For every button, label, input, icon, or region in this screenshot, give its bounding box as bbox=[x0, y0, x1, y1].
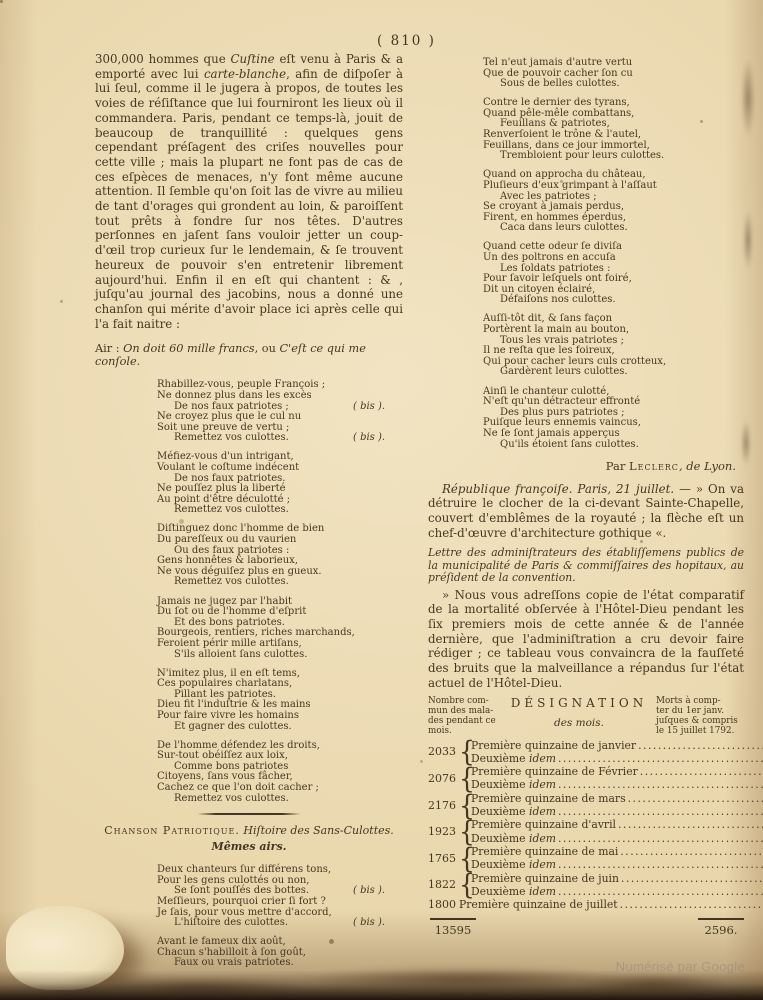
bis-mark: ( bis ). bbox=[353, 433, 385, 444]
idem-label: idem bbox=[526, 858, 556, 871]
dot-leader: ........................................… bbox=[558, 805, 763, 818]
stanza: Avant le fameux dix août,Chacun s'habill… bbox=[157, 937, 403, 969]
group-count: 2176 bbox=[428, 799, 459, 812]
paper-specks bbox=[0, 0, 3, 3]
edge-stain bbox=[743, 210, 753, 270]
stanza: Deux chanteurs ſur différens tons,Pour l… bbox=[157, 865, 403, 929]
verse-line: Caca dans leurs culottes. bbox=[483, 223, 744, 234]
bis-mark: ( bis ). bbox=[353, 402, 385, 413]
group-rows: Première quinzaine de mars..............… bbox=[471, 792, 763, 819]
table-row: Première quinzaine de mai...............… bbox=[471, 845, 763, 858]
header-line: Nombre com- bbox=[428, 696, 502, 706]
verse-line: Remettez vos culottes. bbox=[157, 505, 403, 516]
idem-label: idem bbox=[526, 885, 556, 898]
table-row: Deuxième idem...........................… bbox=[471, 858, 763, 871]
verse-line: Gardèrent leurs culottes. bbox=[483, 367, 744, 378]
stanza: De l'homme défendez les droits,Sur-tout … bbox=[157, 741, 403, 805]
letter-heading: Lettre des adminiſtrateurs des établiſſe… bbox=[428, 547, 744, 584]
table-group: 1923{Première quinzaine d'avril.........… bbox=[428, 818, 744, 845]
bis-mark: ( bis ). bbox=[353, 918, 385, 929]
row-label: Première quinzaine de juin bbox=[471, 872, 619, 885]
section-air-note: Mêmes airs. bbox=[95, 840, 403, 853]
total-deaths: 2596. bbox=[698, 918, 744, 937]
section-heading: Chanson Patriotique. Hiſtoire des Sans-C… bbox=[95, 824, 403, 837]
dot-leader: ........................................… bbox=[620, 845, 763, 858]
letter-body: » Nous vous adreſſons copie de l'état co… bbox=[428, 588, 744, 691]
table-header: Nombre com-mun des mala-des pendant cemo… bbox=[428, 696, 744, 736]
song-verses-culottes: Rhabillez-vous, peuple François ;Ne donn… bbox=[157, 380, 403, 804]
table-row: Première quinzaine de juin..............… bbox=[471, 872, 763, 885]
header-line: mun des mala- bbox=[428, 706, 502, 716]
dot-leader: ........................................… bbox=[638, 739, 763, 752]
table-group: 2076{Première quinzaine de Février......… bbox=[428, 765, 744, 792]
row-label: Deuxième idem bbox=[471, 752, 556, 765]
table-group: 1765{Première quinzaine de mai..........… bbox=[428, 845, 744, 872]
dot-leader: ........................................… bbox=[558, 832, 763, 845]
text-segment: République françoiſe. Paris, 21 juillet. bbox=[442, 482, 674, 496]
header-line: ter du 1er janv. bbox=[656, 706, 744, 716]
section-divider bbox=[197, 813, 301, 816]
verse-line: Trembloient pour leurs culottes. bbox=[483, 151, 744, 162]
text-segment: , ou bbox=[255, 342, 280, 355]
dot-leader: ........................................… bbox=[628, 792, 763, 805]
group-count: 1800 bbox=[428, 898, 459, 911]
row-label: Deuxième idem bbox=[471, 832, 556, 845]
group-rows: Première quinzaine de Février...........… bbox=[471, 765, 763, 792]
row-label: Première quinzaine de janvier bbox=[471, 739, 636, 752]
group-rows: Première quinzaine de mai...............… bbox=[471, 845, 763, 872]
group-brace-icon: { bbox=[459, 871, 471, 899]
dot-leader: ........................................… bbox=[558, 752, 763, 765]
news-paragraph: République françoiſe. Paris, 21 juillet.… bbox=[428, 482, 744, 541]
group-count: 2033 bbox=[428, 745, 459, 758]
row-label: Deuxième idem bbox=[471, 885, 556, 898]
row-label: Première quinzaine d'avril bbox=[471, 818, 616, 831]
group-count: 1822 bbox=[428, 878, 459, 891]
group-rows: Première quinzaine de juillet...........… bbox=[459, 898, 763, 911]
verse-line: Qu'ils étoient ſans culottes. bbox=[483, 440, 744, 451]
song-verses-continued: Tel n'eut jamais d'autre vertuQue de pou… bbox=[483, 58, 744, 450]
table-row: Deuxième idem...........................… bbox=[471, 752, 763, 765]
table-row: Deuxième idem...........................… bbox=[471, 778, 763, 791]
group-rows: Première quinzaine de juin..............… bbox=[471, 872, 763, 899]
header-line: juſques & compris bbox=[656, 716, 744, 726]
dot-leader: ........................................… bbox=[558, 858, 763, 871]
text-segment: carte-blanche bbox=[204, 67, 286, 81]
air-line: Air : On doit 60 mille francs, ou C'eſt … bbox=[95, 342, 403, 368]
stanza: Tel n'eut jamais d'autre vertuQue de pou… bbox=[483, 58, 744, 90]
table-header-designation: DÉSIGNATIONdes mois. bbox=[502, 696, 656, 729]
row-label: Première quinzaine de Février bbox=[471, 765, 638, 778]
total-patients: 13595 bbox=[430, 918, 476, 937]
dot-leader: ........................................… bbox=[620, 898, 763, 911]
dot-leader: ........................................… bbox=[618, 818, 763, 831]
bis-mark: ( bis ). bbox=[353, 886, 385, 897]
text-segment: Leclerc bbox=[629, 459, 679, 473]
page-number: ( 810 ) bbox=[50, 33, 763, 49]
group-count: 1923 bbox=[428, 825, 459, 838]
row-label: Première quinzaine de juillet bbox=[459, 898, 618, 911]
idem-label: idem bbox=[526, 778, 556, 791]
row-label: Première quinzaine de mars bbox=[471, 792, 626, 805]
table-group: 1822{Première quinzaine de juin.........… bbox=[428, 872, 744, 899]
right-column: Tel n'eut jamais d'autre vertuQue de pou… bbox=[428, 58, 744, 937]
stanza: Contre le dernier des tyrans,Quand pêle-… bbox=[483, 98, 744, 162]
dot-leader: ........................................… bbox=[558, 778, 763, 791]
table-row: Première quinzaine de juillet...........… bbox=[459, 898, 763, 911]
stanza: Ainſi le chanteur culotté,N'eſt qu'un dé… bbox=[483, 387, 744, 451]
book-edge-shadow bbox=[0, 970, 763, 1000]
group-count: 2076 bbox=[428, 772, 459, 785]
header-line: des pendant ce bbox=[428, 716, 502, 726]
header-line: Morts à comp- bbox=[656, 696, 744, 706]
table-row: Première quinzaine de mars..............… bbox=[471, 792, 763, 805]
group-brace-icon: { bbox=[459, 764, 471, 792]
group-rows: Première quinzaine de janvier...........… bbox=[471, 739, 763, 766]
text-segment: 300,000 hommes que bbox=[95, 52, 231, 66]
table-row: Première quinzaine d'avril..............… bbox=[471, 818, 763, 831]
table-row: Deuxième idem...........................… bbox=[471, 885, 763, 898]
row-label: Deuxième idem bbox=[471, 778, 556, 791]
section-subtitle: Hiſtoire des Sans-Culottes. bbox=[240, 824, 394, 837]
table-group: 1800Première quinzaine de juillet.......… bbox=[428, 898, 744, 911]
header-line: le 15 juillet 1792. bbox=[656, 726, 744, 736]
text-segment: Air : bbox=[95, 342, 123, 355]
stanza: Diſtinguez donc l'homme de bienDu pareſſ… bbox=[157, 524, 403, 588]
text-segment: Cuſtine bbox=[231, 52, 275, 66]
verse-line: S'ils alloient ſans culottes. bbox=[157, 650, 403, 661]
table-row: Deuxième idem...........................… bbox=[471, 832, 763, 845]
text-segment: Par bbox=[606, 459, 629, 473]
intro-paragraph: 300,000 hommes que Cuſtine eſt venu à Pa… bbox=[95, 52, 403, 331]
table-header-patients: Nombre com-mun des mala-des pendant cemo… bbox=[428, 696, 502, 736]
table-group: 2033{Première quinzaine de janvier......… bbox=[428, 739, 744, 766]
verse-line: Et gagner des culottes. bbox=[157, 722, 403, 733]
mortality-table: Nombre com-mun des mala-des pendant cemo… bbox=[428, 696, 744, 938]
table-row: Première quinzaine de janvier...........… bbox=[471, 739, 763, 752]
group-count: 1765 bbox=[428, 852, 459, 865]
byline: Par Leclerc, de Lyon. bbox=[428, 459, 744, 473]
stanza: Rhabillez-vous, peuple François ;Ne donn… bbox=[157, 380, 403, 444]
designation-sub: des mois. bbox=[502, 717, 656, 729]
row-label: Première quinzaine de mai bbox=[471, 845, 618, 858]
scanned-page: ( 810 ) 300,000 hommes que Cuſtine eſt v… bbox=[0, 0, 763, 1000]
stanza: Auſſi-tôt dit, & ſans façonPortèrent la … bbox=[483, 314, 744, 378]
table-header-deaths: Morts à comp-ter du 1er janv.juſques & c… bbox=[656, 696, 744, 736]
text-segment: On doit 60 mille francs bbox=[123, 342, 254, 355]
dot-leader: ........................................… bbox=[640, 765, 763, 778]
google-watermark: Numérisé par Google bbox=[616, 959, 745, 974]
stanza: Quand cette odeur ſe diviſaUn des poltro… bbox=[483, 242, 744, 306]
header-line: mois. bbox=[428, 726, 502, 736]
table-totals: 135952596. bbox=[428, 918, 744, 937]
verse-line: Remettez vos culottes.( bis ). bbox=[157, 433, 403, 444]
row-label: Deuxième idem bbox=[471, 858, 556, 871]
table-row: Première quinzaine de Février...........… bbox=[471, 765, 763, 778]
verse-line: Défaiſons nos culottes. bbox=[483, 295, 744, 306]
table-group: 2176{Première quinzaine de mars.........… bbox=[428, 792, 744, 819]
designation-title: DÉSIGNATION bbox=[502, 696, 656, 710]
dot-leader: ........................................… bbox=[558, 885, 763, 898]
dot-leader: ........................................… bbox=[621, 872, 763, 885]
text-segment: , de Lyon. bbox=[679, 459, 736, 473]
text-segment: , afin de diſpoſer à lui ſeul, comme il … bbox=[95, 67, 403, 331]
section-title: Chanson Patriotique. bbox=[104, 824, 240, 837]
idem-label: idem bbox=[526, 805, 556, 818]
verse-line: Remettez vos culottes. bbox=[157, 577, 403, 588]
row-label: Deuxième idem bbox=[471, 805, 556, 818]
verse-line: L'hiſtoire des culottes.( bis ). bbox=[157, 918, 403, 929]
stanza: Quand on approcha du château,Pluſieurs d… bbox=[483, 170, 744, 234]
stanza: Méfiez-vous d'un intrigant,Voulant le co… bbox=[157, 452, 403, 516]
song-verses-sans-culottes: Deux chanteurs ſur différens tons,Pour l… bbox=[157, 865, 403, 969]
idem-label: idem bbox=[526, 752, 556, 765]
group-rows: Première quinzaine d'avril..............… bbox=[471, 818, 763, 845]
left-column: 300,000 hommes que Cuſtine eſt venu à Pa… bbox=[95, 52, 403, 978]
verse-line: Remettez vos culottes. bbox=[157, 794, 403, 805]
verse-line: Sous de belles culottes. bbox=[483, 79, 744, 90]
table-row: Deuxième idem...........................… bbox=[471, 805, 763, 818]
idem-label: idem bbox=[526, 832, 556, 845]
stanza: N'imitez plus, il en eſt tems,Ces popula… bbox=[157, 669, 403, 733]
stanza: Jamais ne jugez par l'habitDu ſot ou de … bbox=[157, 597, 403, 661]
